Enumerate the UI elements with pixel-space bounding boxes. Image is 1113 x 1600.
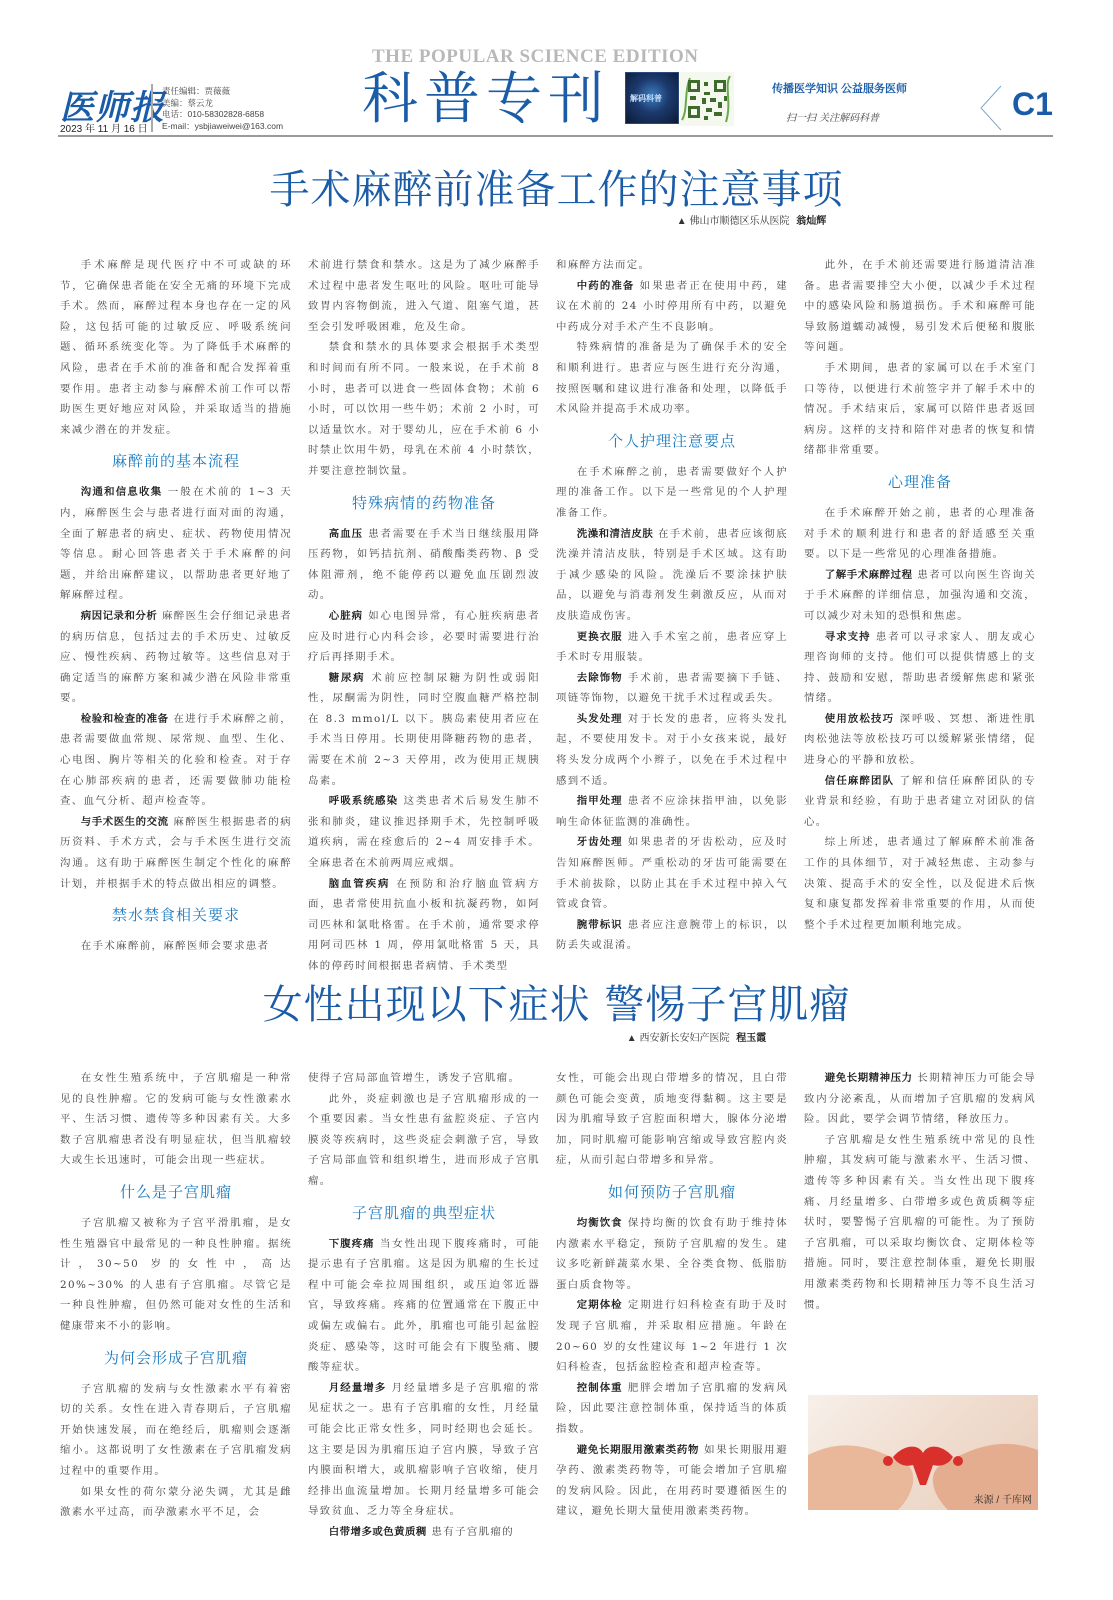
paragraph-lead: 糖尿病 [329, 672, 366, 684]
paragraph: 中药的准备 如果患者正在使用中药，建议在术前的 24 小时停用所有中药，以避免中… [556, 276, 788, 338]
paragraph-lead: 信任麻醉团队 [825, 775, 894, 787]
section-heading: 为何会形成子宫肌瘤 [60, 1347, 292, 1369]
paragraph: 在手术麻醉开始之前，患者的心理准备对手术的顺利进行和患者的舒适感至关重要。以下是… [804, 503, 1036, 565]
paragraph-lead: 腕带标识 [577, 919, 623, 931]
paragraph: 月经量增多 月经量增多是子宫肌瘤的常见症状之一。患有子宫肌瘤的女性，月经量可能会… [308, 1378, 540, 1522]
paragraph: 寻求支持 患者可以寻求家人、朋友或心理咨询师的支持。他们可以提供情感上的支持、鼓… [804, 627, 1036, 709]
chevron-left-icon [979, 84, 1003, 132]
article-title: 女性出现以下症状 警惕子宫肌瘤 [0, 973, 1113, 1030]
paragraph: 心脏病 如心电图异常，有心脏疾病患者应及时进行心内科会诊，必要时需要进行治疗后再… [308, 606, 540, 668]
article-column: 避免长期精神压力 长期精神压力可能会导致内分泌紊乱，从而增加子宫肌瘤的发病风险。… [804, 1068, 1036, 1315]
paragraph-lead: 牙齿处理 [577, 836, 623, 848]
article-title: 手术麻醉前准备工作的注意事项 [0, 158, 1113, 215]
paragraph: 头发处理 对于长发的患者，应将头发扎起，不要使用发卡。对于小女孩来说，最好将头发… [556, 709, 788, 791]
paragraph: 去除饰物 手术前，患者需要摘下手链、项链等饰物，以避免干扰手术过程或丢失。 [556, 668, 788, 709]
paragraph: 高血压 患者需要在手术当日继续服用降压药物，如钙拮抗剂、硝酸酯类药物、β 受体阻… [308, 524, 540, 606]
paragraph: 禁食和禁水的具体要求会根据手术类型和时间而有所不同。一般来说，在手术前 8 小时… [308, 337, 540, 481]
paragraph-lead: 均衡饮食 [577, 1217, 623, 1229]
paragraph: 女性，可能会出现白带增多的情况，且白带颜色可能会变黄，质地变得黏稠。这主要是因为… [556, 1068, 788, 1171]
paragraph: 指甲处理 患者不应涂抹指甲油，以免影响生命体征监测的准确性。 [556, 791, 788, 832]
article-column: 此外，在手术前还需要进行肠道清洁准备。患者需要排空大小便，以减少手术过程中的感染… [804, 255, 1036, 935]
paragraph-lead: 定期体检 [577, 1299, 623, 1311]
paragraph-lead: 白带增多或色黄质稠 [329, 1526, 427, 1538]
paragraph: 此外，炎症刺激也是子宫肌瘤形成的一个重要因素。当女性患有盆腔炎症、子宫内膜炎等疾… [308, 1089, 540, 1192]
credit-email: E-mail：ysbjiaweiwei@163.com [162, 121, 283, 133]
editorial-credits: 责任编辑：贾薇薇 美编：蔡云龙 电话：010-58302828-6858 E-m… [162, 86, 283, 132]
paragraph: 在女性生殖系统中，子宫肌瘤是一种常见的良性肿瘤。它的发病可能与女性激素水平、生活… [60, 1068, 292, 1171]
article-column: 使得子宫局部血管增生，诱发子宫肌瘤。 此外，炎症刺激也是子宫肌瘤形成的一个重要因… [308, 1068, 540, 1542]
science-channel-label: 解码科普 [630, 93, 662, 104]
paragraph-lead: 心脏病 [329, 610, 363, 622]
masthead: 医师报 2023 年 11 月 16 日 责任编辑：贾薇薇 美编：蔡云龙 电话：… [0, 0, 1113, 140]
paragraph: 综上所述，患者通过了解麻醉术前准备工作的具体细节，对于减轻焦虑、主动参与决策、提… [804, 832, 1036, 935]
paragraph: 手术麻醉是现代医疗中不可或缺的环节，它确保患者能在安全无痛的环境下完成手术。然而… [60, 255, 292, 440]
paragraph-lead: 避免长期服用激素类药物 [577, 1444, 699, 1456]
paragraph: 检验和检查的准备 在进行手术麻醉之前，患者需要做血常规、尿常规、血型、生化、心电… [60, 709, 292, 812]
paragraph-lead: 检验和检查的准备 [81, 713, 169, 725]
science-channel-logo-icon: 解码科普 [625, 72, 679, 124]
section-heading: 禁水禁食相关要求 [60, 904, 292, 926]
section-heading: 什么是子宫肌瘤 [60, 1181, 292, 1203]
article-column: 在女性生殖系统中，子宫肌瘤是一种常见的良性肿瘤。它的发病可能与女性激素水平、生活… [60, 1068, 292, 1523]
masthead-rule [58, 135, 1053, 137]
paragraph: 和麻醉方法而定。 [556, 255, 788, 276]
section-heading: 麻醉前的基本流程 [60, 450, 292, 472]
paragraph: 子宫肌瘤又被称为子宫平滑肌瘤，是女性生殖器官中最常见的一种良性肿瘤。据统计，30… [60, 1213, 292, 1337]
paragraph: 呼吸系统感染 这类患者术后易发生肺不张和肺炎，建议推迟择期手术，先控制呼吸道疾病… [308, 791, 540, 873]
paragraph: 病因记录和分析 麻醉医生会仔细记录患者的病历信息，包括过去的手术历史、过敏反应、… [60, 606, 292, 709]
section-heading: 如何预防子宫肌瘤 [556, 1181, 788, 1203]
slogan: 传播医学知识 公益服务医师 [772, 80, 907, 96]
paragraph: 手术期间，患者的家属可以在手术室门口等待，以便进行术前签字并了解手术中的情况。手… [804, 358, 1036, 461]
paragraph: 术前进行禁食和禁水。这是为了减少麻醉手术过程中患者发生呕吐的风险。呕吐可能导致胃… [308, 255, 540, 337]
paragraph-lead: 中药的准备 [577, 280, 635, 292]
edition-title-en: THE POPULAR SCIENCE EDITION [372, 46, 722, 68]
credit-designer: 美编：蔡云龙 [162, 98, 283, 110]
issue-date: 2023 年 11 月 16 日 [60, 120, 148, 135]
paragraph-lead: 高血压 [329, 528, 363, 540]
credit-phone: 电话：010-58302828-6858 [162, 109, 283, 121]
paragraph-lead: 洗澡和清洁皮肤 [577, 528, 653, 540]
paragraph-lead: 呼吸系统感染 [329, 795, 398, 807]
paragraph: 均衡饮食 保持均衡的饮食有助于维持体内激素水平稳定，预防子宫肌瘤的发生。建议多吃… [556, 1213, 788, 1295]
section-heading: 子宫肌瘤的典型症状 [308, 1202, 540, 1224]
paragraph-lead: 沟通和信息收集 [81, 486, 163, 498]
section-heading: 特殊病情的药物准备 [308, 492, 540, 514]
paragraph: 洗澡和清洁皮肤 在手术前，患者应该彻底洗澡并清洁皮肤，特别是手术区域。这有助于减… [556, 524, 788, 627]
paragraph: 白带增多或色黄质稠 患有子宫肌瘤的 [308, 1522, 540, 1543]
paragraph: 避免长期精神压力 长期精神压力可能会导致内分泌紊乱，从而增加子宫肌瘤的发病风险。… [804, 1068, 1036, 1130]
byline: ▲ 佛山市顺德区乐从医院 翁灿辉 [195, 212, 1113, 227]
paragraph: 牙齿处理 如果患者的牙齿松动，应及时告知麻醉医师。严重松动的牙齿可能需要在手术前… [556, 832, 788, 914]
byline: ▲ 西安新长安妇产医院 程玉霞 [140, 1029, 1113, 1044]
masthead-divider [151, 84, 153, 132]
paragraph-lead: 更换衣服 [577, 631, 623, 643]
byline-author: 翁灿辉 [796, 216, 826, 227]
page-number: C1 [1012, 86, 1053, 123]
paragraph: 下腹疼痛 当女性出现下腹疼痛时，可能提示患有子宫肌瘤。这是因为肌瘤的生长过程中可… [308, 1234, 540, 1378]
paragraph-lead: 病因记录和分析 [81, 610, 157, 622]
paragraph: 更换衣服 进入手术室之前，患者应穿上手术时专用服装。 [556, 627, 788, 668]
paragraph: 在手术麻醉之前，患者需要做好个人护理的准备工作。以下是一些常见的个人护理准备工作… [556, 462, 788, 524]
paragraph: 与手术医生的交流 麻醉医生根据患者的病历资料、手术方式，会与手术医生进行交流沟通… [60, 812, 292, 894]
paragraph: 子宫肌瘤的发病与女性激素水平有着密切的关系。女性在进入青春期后，子宫肌瘤开始快速… [60, 1379, 292, 1482]
section-heading: 个人护理注意要点 [556, 430, 788, 452]
paragraph: 此外，在手术前还需要进行肠道清洁准备。患者需要排空大小便，以减少手术过程中的感染… [804, 255, 1036, 358]
section-heading: 心理准备 [804, 471, 1036, 493]
paragraph-lead: 避免长期精神压力 [825, 1072, 913, 1084]
paragraph: 了解手术麻醉过程 患者可以向医生咨询关于手术麻醉的详细信息，加强沟通和交流，可以… [804, 565, 1036, 627]
paragraph-lead: 指甲处理 [577, 795, 623, 807]
paragraph: 使得子宫局部血管增生，诱发子宫肌瘤。 [308, 1068, 540, 1089]
paragraph: 信任麻醉团队 了解和信任麻醉团队的专业背景和经验，有助于患者建立对团队的信心。 [804, 771, 1036, 833]
paragraph-lead: 使用放松技巧 [825, 713, 894, 725]
paragraph: 糖尿病 术前应控制尿糖为阴性或弱阳性，尿酮需为阴性，同时空腹血糖严格控制在 8.… [308, 668, 540, 792]
paragraph: 子宫肌瘤是女性生殖系统中常见的良性肿瘤，其发病可能与激素水平、生活习惯、遗传等多… [804, 1130, 1036, 1315]
paragraph: 使用放松技巧 深呼吸、冥想、渐进性肌肉松弛法等放松技巧可以缓解紧张情绪，促进身心… [804, 709, 1036, 771]
photo-caption: 来源 / 千库网 [974, 1491, 1032, 1506]
triangle-icon: ▲ [677, 216, 687, 227]
triangle-icon: ▲ [627, 1033, 637, 1044]
paragraph: 特殊病情的准备是为了确保手术的安全和顺利进行。患者应与医生进行充分沟通，按照医嘱… [556, 337, 788, 419]
paragraph: 腕带标识 患者应注意腕带上的标识，以防丢失或混淆。 [556, 915, 788, 956]
byline-org: 佛山市顺德区乐从医院 [689, 216, 789, 227]
credit-editor: 责任编辑：贾薇薇 [162, 86, 283, 98]
article-column: 手术麻醉是现代医疗中不可或缺的环节，它确保患者能在安全无痛的环境下完成手术。然而… [60, 255, 292, 957]
paragraph-lead: 月经量增多 [329, 1382, 387, 1394]
paragraph-lead: 脑血管疾病 [329, 878, 390, 890]
byline-author: 程玉霞 [736, 1033, 766, 1044]
paragraph: 脑血管疾病 在预防和治疗脑血管病方面，患者常使用抗血小板和抗凝药物，如阿司匹林和… [308, 874, 540, 977]
hands-uterus-illustration: 来源 / 千库网 [808, 1395, 1038, 1510]
paragraph-lead: 了解手术麻醉过程 [825, 569, 913, 581]
paragraph: 定期体检 定期进行妇科检查有助于及时发现子宫肌瘤，并采取相应措施。年龄在 20~… [556, 1295, 788, 1377]
paragraph-lead: 头发处理 [577, 713, 623, 725]
paragraph-lead: 寻求支持 [825, 631, 871, 643]
paragraph-lead: 去除饰物 [577, 672, 623, 684]
paragraph: 如果女性的荷尔蒙分泌失调，尤其是雌激素水平过高，而孕激素水平不足，会 [60, 1482, 292, 1523]
article-column: 和麻醉方法而定。 中药的准备 如果患者正在使用中药，建议在术前的 24 小时停用… [556, 255, 788, 956]
paragraph: 沟通和信息收集 一般在术前的 1~3 天内，麻醉医生会与患者进行面对面的沟通，全… [60, 482, 292, 606]
qr-code-icon[interactable] [680, 72, 734, 126]
scan-hint: 扫一扫 关注解码科普 [786, 109, 879, 124]
article-column: 女性，可能会出现白带增多的情况，且白带颜色可能会变黄，质地变得黏稠。这主要是因为… [556, 1068, 788, 1522]
paragraph: 控制体重 肥胖会增加子宫肌瘤的发病风险，因此要注意控制体重，保持适当的体质指数。 [556, 1378, 788, 1440]
edition-title-cn: 科普专刊 [362, 68, 610, 132]
byline-org: 西安新长安妇产医院 [639, 1033, 729, 1044]
paragraph-lead: 控制体重 [577, 1382, 623, 1394]
paragraph: 在手术麻醉前，麻醉医师会要求患者 [60, 936, 292, 957]
paragraph-lead: 下腹疼痛 [329, 1238, 375, 1250]
paragraph-lead: 与手术医生的交流 [81, 816, 169, 828]
paragraph: 避免长期服用激素类药物 如果长期服用避孕药、激素类药物等，可能会增加子宫肌瘤的发… [556, 1440, 788, 1522]
article-column: 术前进行禁食和禁水。这是为了减少麻醉手术过程中患者发生呕吐的风险。呕吐可能导致胃… [308, 255, 540, 977]
